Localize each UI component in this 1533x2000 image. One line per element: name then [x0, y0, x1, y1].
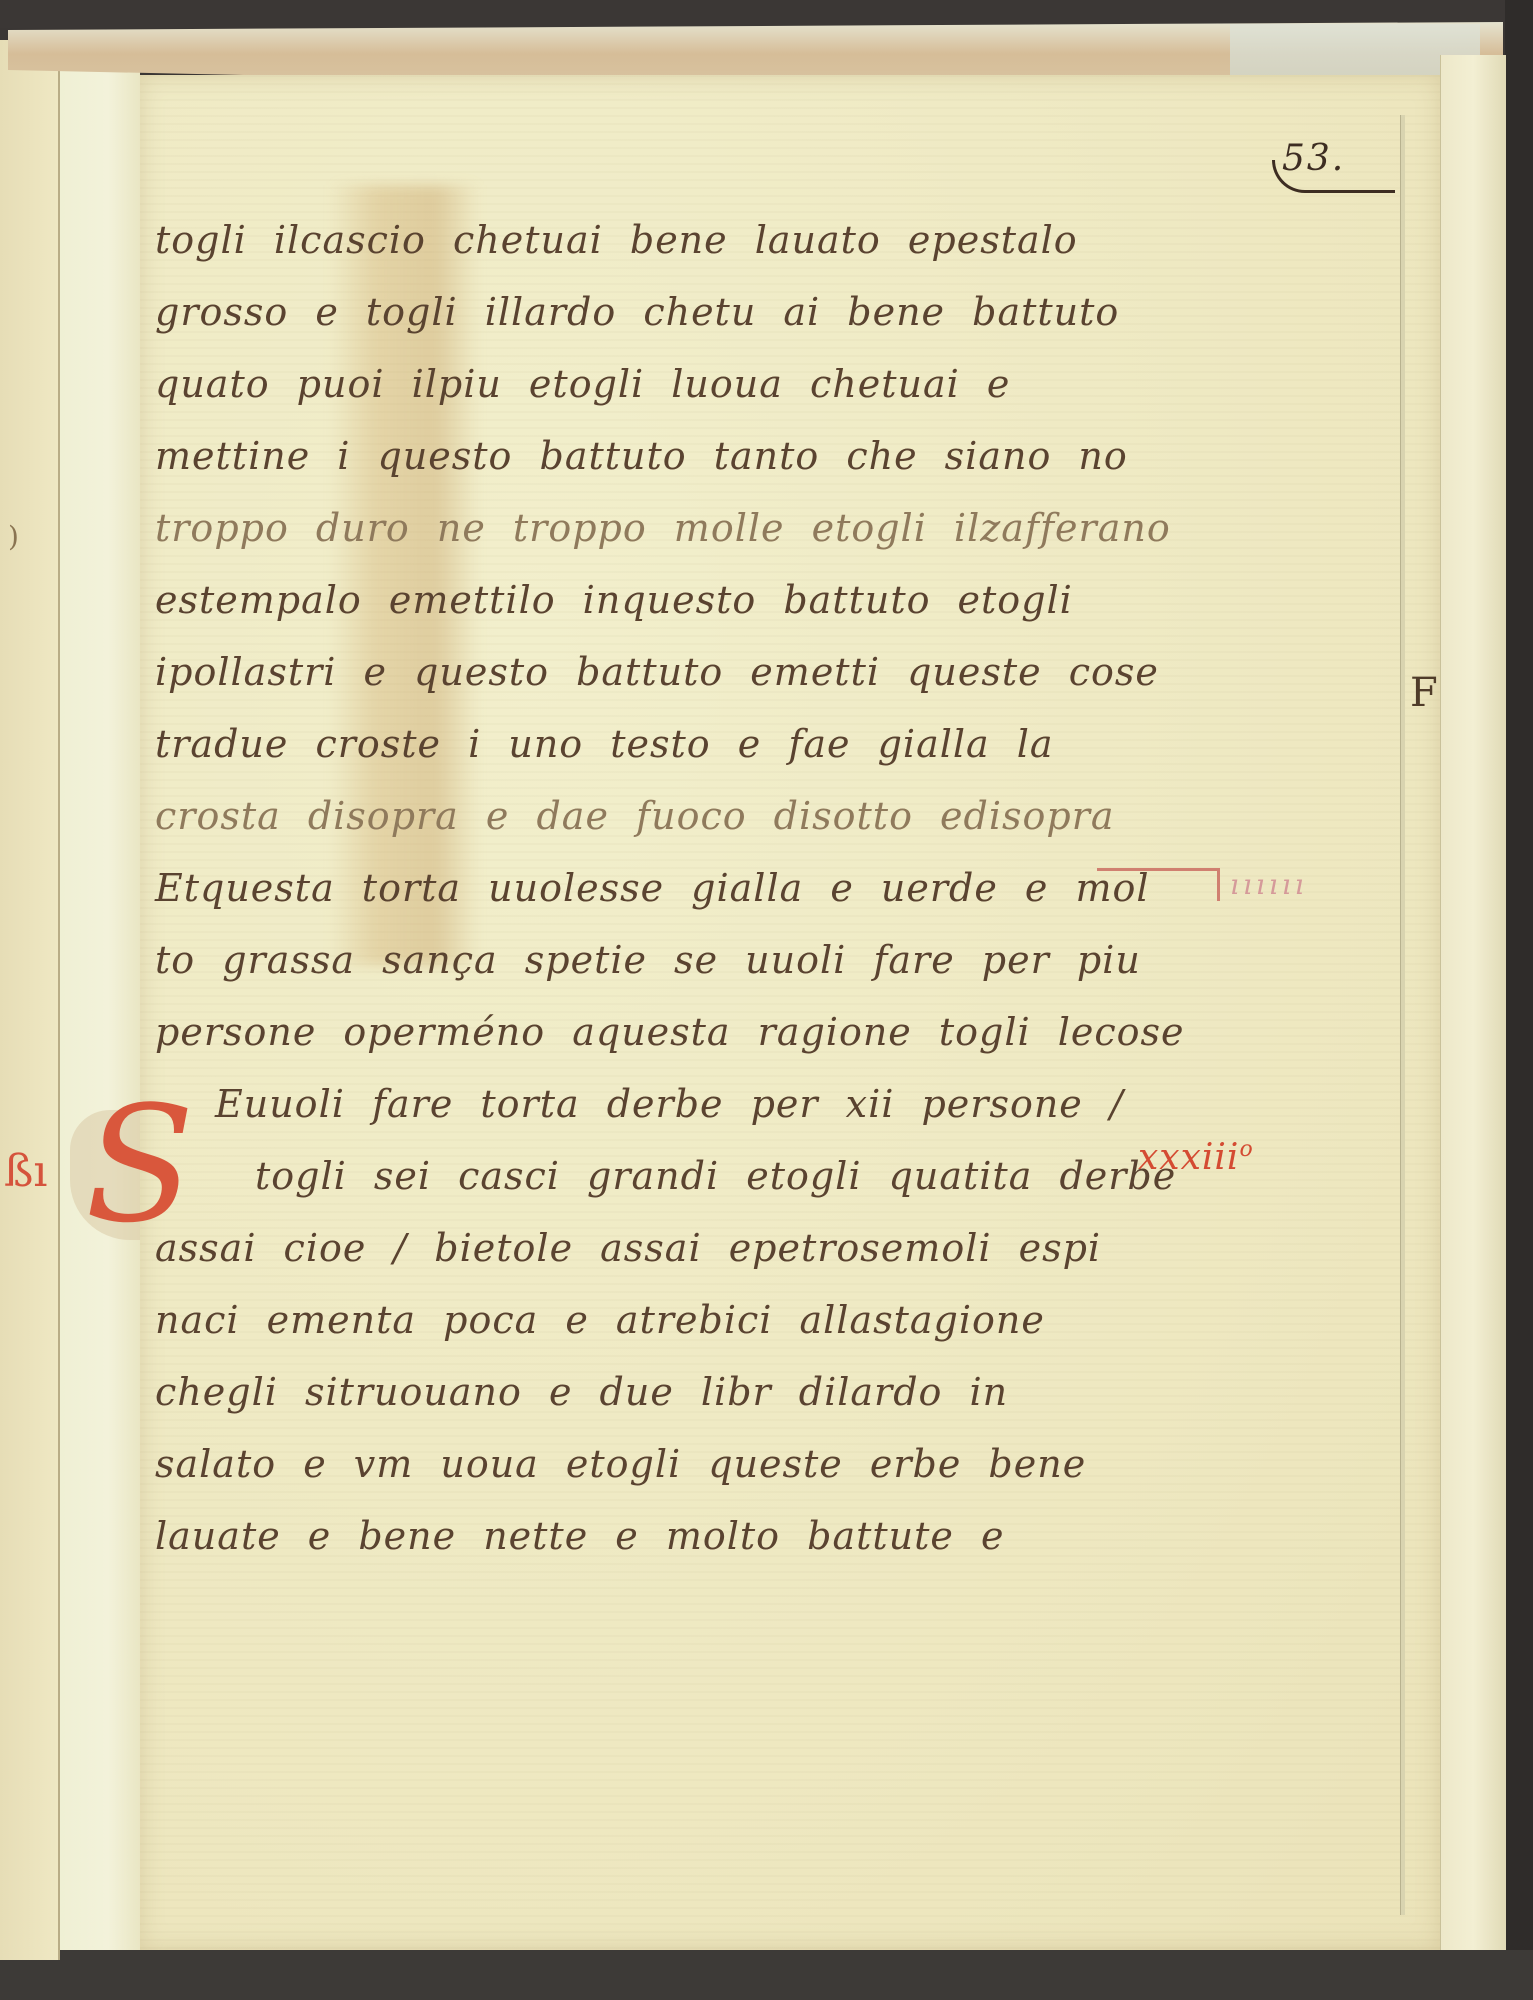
text-line: tradue croste i uno testo e fae gialla l…	[155, 722, 1285, 794]
folio-flourish	[1272, 160, 1395, 193]
page-inner-edge	[1400, 115, 1405, 1915]
text-line: estemp­alo emettilo inquesto battuto eto…	[155, 578, 1285, 650]
scan-backdrop-bottom	[0, 1950, 1533, 2000]
rubricated-initial: S	[85, 1085, 195, 1245]
text-line: mettine i questo battuto tanto che siano…	[155, 434, 1285, 506]
verso-red-fragment: ßı	[4, 1150, 47, 1194]
faint-red-marks: ıııııı	[1230, 868, 1308, 901]
recipe-number-superscript: o	[1239, 1137, 1253, 1162]
text-line: persone operméno aquesta ragione togli l…	[155, 1010, 1285, 1082]
red-margin-bracket	[1097, 868, 1220, 901]
text-line: crosta disopra e dae fuoco disotto ediso…	[155, 794, 1285, 866]
text-line: togli sei casci grandi etogli quatita de…	[155, 1154, 1285, 1226]
gutter-guard-strip	[60, 70, 140, 1950]
recipe-heading: Euuoli fare torta derbe per xii persone …	[155, 1082, 1285, 1154]
text-line: ipollastri e questo battuto emetti quest…	[155, 650, 1285, 722]
text-line: chegli sitruouano e due libr dilardo in	[155, 1370, 1285, 1442]
text-line: assai cioe / bietole assai epetrosemoli …	[155, 1226, 1285, 1298]
text-line: troppo duro ne troppo molle etogli ilzaf…	[155, 506, 1285, 578]
text-line: quato puoi ilpiu etogli luoua chetuai e	[155, 362, 1285, 434]
verso-ink-fragment: )	[8, 520, 19, 553]
text-line: lauate e bene nette e molto battute e	[155, 1514, 1285, 1586]
right-page-edge	[1440, 55, 1506, 1950]
text-line: to grassa sança spetie se uuoli fare per…	[155, 938, 1285, 1010]
recipe-number: xxxiii	[1138, 1137, 1239, 1178]
verso-page-edge: ) ßı	[0, 40, 60, 1960]
recipe-number-rubric: xxxiiio	[1138, 1137, 1254, 1178]
scan-backdrop-right	[1505, 0, 1533, 2000]
text-block: togli ilcascio chetuai bene lauato epest…	[155, 218, 1285, 1586]
margin-mark: F	[1410, 670, 1438, 716]
text-line: togli ilcascio chetuai bene lauato epest…	[155, 218, 1285, 290]
text-line: salato e vm uoua etogli queste erbe bene	[155, 1442, 1285, 1514]
manuscript-scan: ) ßı 53. togli ilcascio chetuai bene lau…	[0, 0, 1533, 2000]
text-line: grosso e togli illardo chetu ai bene bat…	[155, 290, 1285, 362]
text-line: naci ementa poca e atrebici allastagione	[155, 1298, 1285, 1370]
